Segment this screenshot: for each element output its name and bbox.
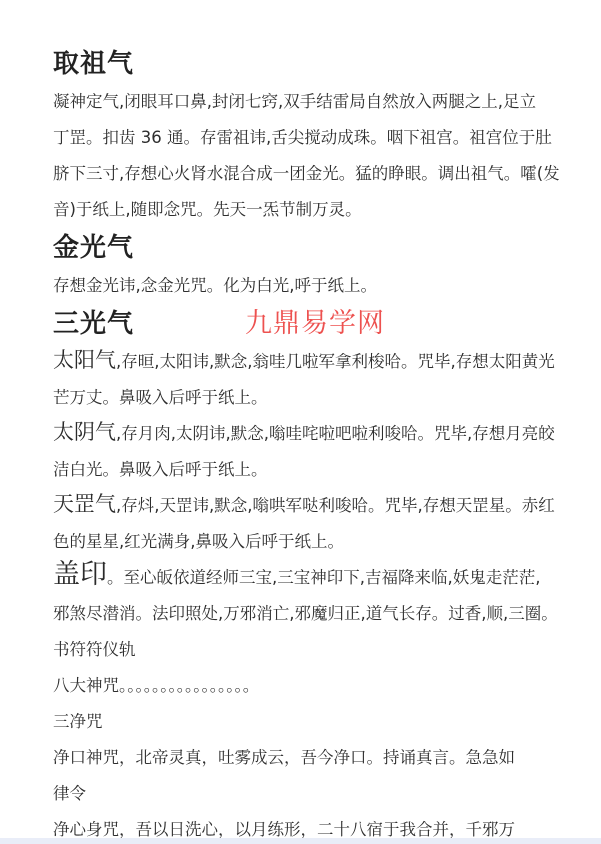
taiyinqi-lead-run: 太阴气 bbox=[53, 420, 116, 444]
site-watermark: 九鼎易学网 bbox=[245, 309, 385, 339]
line-shufu-yigui: 书符符仪轨 bbox=[53, 632, 561, 668]
gaiyin-lead-run: 盖印 bbox=[53, 559, 107, 590]
paragraph-jinguangqi: 存想金光讳,念金光咒。化为白光,呼于纸上。 bbox=[53, 268, 561, 304]
line-sanjing-zhou: 三净咒 bbox=[53, 704, 561, 740]
paragraph-tiangangqi: 天罡气,存炓,天罡讳,默念,嗡哄军哒利唆哈。咒毕,存想天罡星。赤红 色的星星,红… bbox=[53, 488, 561, 560]
paragraph-quzuqi: 凝神定气,闭眼耳口鼻,封闭七窍,双手结雷局自然放入两腿之上,足立 丁罡。扣齿 3… bbox=[53, 84, 561, 228]
line-bada-shenzhou: 八大神咒｡｡｡｡｡｡｡｡｡｡｡｡｡｡｡｡ bbox=[53, 668, 561, 704]
paragraph-taiyangqi: 太阳气,存晅,太阳讳,默念,翁哇几啦军拿利梭哈。咒毕,存想太阳黄光 芒万丈。鼻吸… bbox=[53, 344, 561, 416]
paragraph-taiyinqi: 太阴气,存月肉,太阴讳,默念,嗡哇咤啦吧啦利唆哈。咒毕,存想月亮皎 洁白光。鼻吸… bbox=[53, 416, 561, 488]
document-page: 取祖气 凝神定气,闭眼耳口鼻,封闭七窍,双手结雷局自然放入两腿之上,足立 丁罡。… bbox=[0, 0, 601, 844]
tiangangqi-lead-run: 天罡气 bbox=[53, 492, 116, 516]
gaiyin-body-text: 。至心皈依道经师三宝,三宝神印下,吉福降来临,妖鬼走茫茫, 邪煞尽潜消。法印照处… bbox=[53, 568, 558, 623]
tiangangqi-body-text: ,存炓,天罡讳,默念,嗡哄军哒利唆哈。咒毕,存想天罡星。赤红 色的星星,红光满身… bbox=[53, 496, 555, 551]
taiyinqi-body-text: ,存月肉,太阴讳,默念,嗡哇咤啦吧啦利唆哈。咒毕,存想月亮皎 洁白光。鼻吸入后呼… bbox=[53, 424, 555, 479]
bottom-edge-strip bbox=[0, 838, 601, 844]
heading-jinguangqi: 金光气 bbox=[53, 228, 561, 268]
taiyangqi-lead-run: 太阳气 bbox=[53, 348, 116, 372]
paragraph-jingkou-shenzhou: 净口神咒，北帝灵真，吐雾成云，吾今净口。持诵真言。急急如 律令 bbox=[53, 740, 561, 812]
heading-quzuqi: 取祖气 bbox=[53, 44, 561, 84]
paragraph-gaiyin: 盖印。至心皈依道经师三宝,三宝神印下,吉福降来临,妖鬼走茫茫, 邪煞尽潜消。法印… bbox=[53, 560, 561, 632]
taiyangqi-body-text: ,存晅,太阳讳,默念,翁哇几啦军拿利梭哈。咒毕,存想太阳黄光 芒万丈。鼻吸入后呼… bbox=[53, 352, 555, 407]
